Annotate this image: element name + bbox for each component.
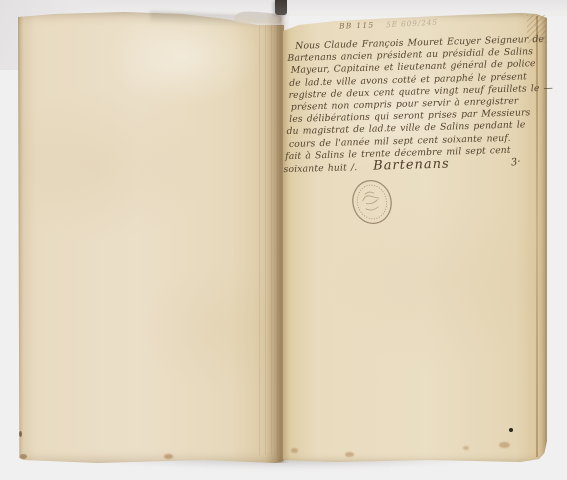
scanned-register-spread: BB 115 5E 609/245 + Nous Claude François… [0,0,567,480]
paper-stain [164,454,173,459]
closing-words: soixante huit /. [283,162,357,175]
paper-stain [345,452,354,457]
left-page-blank [18,12,284,463]
spine-edge [275,0,287,15]
marginal-paraph-mark: 3· [510,156,521,168]
handwritten-text-block: Nous Claude François Mouret Ecuyer Seign… [287,34,547,179]
edge-speck [20,454,27,459]
paper-stain [499,442,510,448]
signature: Bartenans [373,156,450,173]
pencil-plus-mark: + [533,21,539,29]
paper-stain [463,446,469,450]
edge-speck [19,431,22,437]
archive-cote-ink: BB 115 [339,20,375,30]
paper-stain [291,448,298,453]
ink-dot [509,428,513,432]
